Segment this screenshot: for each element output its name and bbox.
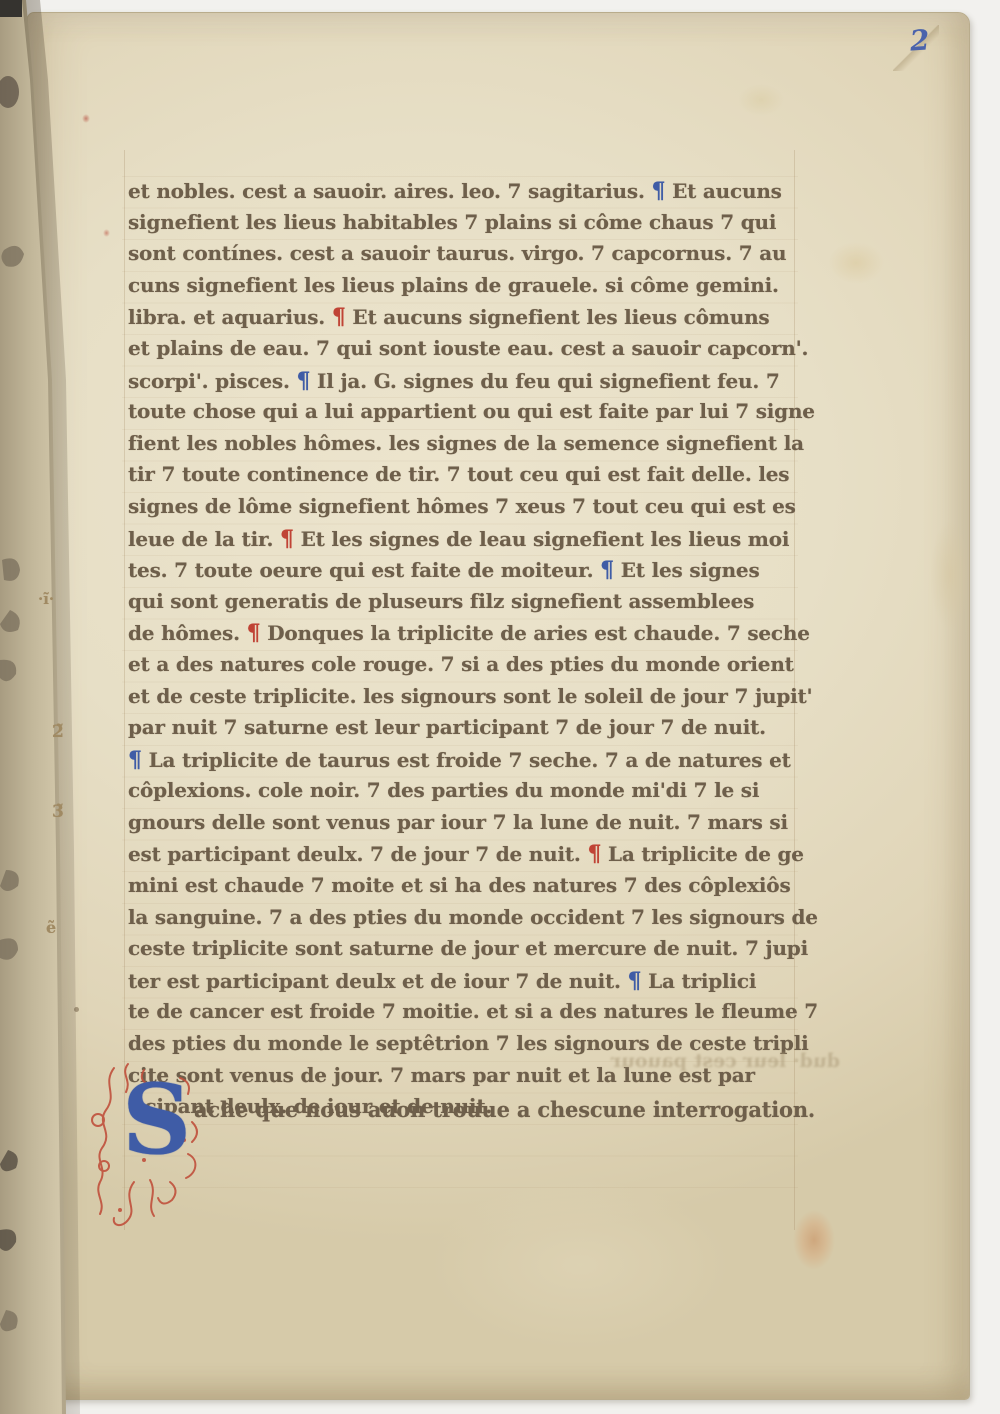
pilcrow-mark: ¶ — [332, 304, 346, 330]
margin-mark-2: 2̃ — [52, 722, 64, 742]
manuscript-line: fient les nobles hômes. les signes de la… — [128, 431, 800, 463]
line-text: et nobles. cest a sauoir. aires. leo. 7 … — [128, 179, 652, 203]
line-text: est participant deulx. 7 de jour 7 de nu… — [128, 842, 587, 866]
manuscript-line: et plains de eau. 7 qui sont iouste eau.… — [128, 336, 800, 368]
line-text: ceste triplicite sont saturne de jour et… — [128, 936, 808, 960]
manuscript-line: ¶ La triplicite de taurus est froide 7 s… — [128, 747, 800, 779]
line-text: la sanguine. 7 a des pties du monde occi… — [128, 905, 818, 929]
line-text: libra. et aquarius. — [128, 305, 332, 329]
line-text: La triplicite de taurus est froide 7 sec… — [142, 748, 791, 772]
line-text: sont contínes. cest a sauoir taurus. vir… — [128, 241, 786, 265]
incipit-line: ache que nous auon trouue a chescune int… — [194, 1097, 815, 1122]
line-text: Il ja. G. signes du feu qui signefient f… — [310, 369, 779, 393]
line-text: La triplicite de ge — [601, 842, 804, 866]
pilcrow-mark: ¶ — [128, 747, 142, 773]
line-text: signefient les lieus habitables 7 plains… — [128, 210, 776, 234]
margin-mark-3: 3̃ — [52, 802, 64, 822]
pilcrow-mark: ¶ — [652, 178, 666, 204]
text-block: et nobles. cest a sauoir. aires. leo. 7 … — [128, 178, 800, 1126]
manuscript-line: côplexions. cole noir. 7 des parties du … — [128, 778, 800, 810]
manuscript-line: sont contínes. cest a sauoir taurus. vir… — [128, 241, 800, 273]
manuscript-line: et a des natures cole rouge. 7 si a des … — [128, 652, 800, 684]
margin-mark-1: ·ĩ· — [38, 590, 54, 608]
manuscript-line: toute chose qui a lui appartient ou qui … — [128, 399, 800, 431]
line-text: tes. 7 toute oeure qui est faite de moit… — [128, 558, 600, 582]
line-text: scorpi'. pisces. — [128, 369, 296, 393]
manuscript-line: par nuit 7 saturne est leur participant … — [128, 715, 800, 747]
line-text: qui sont generatis de pluseurs filz sign… — [128, 589, 754, 613]
initial-letter: S — [122, 1072, 191, 1168]
pilcrow-mark: ¶ — [600, 557, 614, 583]
line-text: Et aucuns — [665, 179, 781, 203]
line-text: et de ceste triplicite. les signours son… — [128, 684, 812, 708]
line-text: mini est chaude 7 moite et si ha des nat… — [128, 873, 791, 897]
photo-corner-dark — [0, 0, 22, 17]
pilcrow-mark: ¶ — [280, 526, 294, 552]
line-text: fient les nobles hômes. les signes de la… — [128, 431, 804, 455]
manuscript-line: et de ceste triplicite. les signours son… — [128, 684, 800, 716]
manuscript-line: ter est participant deulx et de iour 7 d… — [128, 968, 800, 1000]
line-text: toute chose qui a lui appartient ou qui … — [128, 399, 815, 423]
manuscript-line: et nobles. cest a sauoir. aires. leo. 7 … — [128, 178, 800, 210]
line-text: Et aucuns signefient les lieus cômuns — [346, 305, 770, 329]
line-text: ter est participant deulx et de iour 7 d… — [128, 969, 628, 993]
pilcrow-mark: ¶ — [247, 620, 261, 646]
margin-mark-4: ẽ — [46, 918, 56, 937]
manuscript-line: libra. et aquarius. ¶ Et aucuns signefie… — [128, 304, 800, 336]
line-text: La triplici — [641, 969, 756, 993]
folio-number: 2 — [909, 23, 931, 57]
manuscript-line: tir 7 toute continence de tir. 7 tout ce… — [128, 462, 800, 494]
manuscript-line: mini est chaude 7 moite et si ha des nat… — [128, 873, 800, 905]
line-text: et plains de eau. 7 qui sont iouste eau.… — [128, 336, 808, 360]
manuscript-line: gnours delle sont venus par iour 7 la lu… — [128, 810, 800, 842]
line-text: leue de la tir. — [128, 527, 280, 551]
line-text: de hômes. — [128, 621, 247, 645]
manuscript-line: de hômes. ¶ Donques la triplicite de ari… — [128, 620, 800, 652]
show-through-text: dud· leur cest pauour — [588, 1050, 840, 1084]
line-text: Donques la triplicite de aries est chaud… — [260, 621, 809, 645]
manuscript-line: qui sont generatis de pluseurs filz sign… — [128, 589, 800, 621]
pilcrow-mark: ¶ — [587, 841, 601, 867]
line-text: cuns signefient les lieus plains de grau… — [128, 273, 779, 297]
manuscript-line: est participant deulx. 7 de jour 7 de nu… — [128, 841, 800, 873]
manuscript-line: leue de la tir. ¶ Et les signes de leau … — [128, 526, 800, 558]
line-text: et a des natures cole rouge. 7 si a des … — [128, 652, 794, 676]
line-text: gnours delle sont venus par iour 7 la lu… — [128, 810, 788, 834]
manuscript-line: cuns signefient les lieus plains de grau… — [128, 273, 800, 305]
manuscript-photo: 2 et nobles. cest a sauoir. aires. leo. … — [0, 0, 1000, 1414]
line-text: côplexions. cole noir. 7 des parties du … — [128, 778, 759, 802]
manuscript-line: te de cancer est froide 7 moitie. et si … — [128, 999, 800, 1031]
line-text: Et les signes — [614, 558, 760, 582]
line-text: te de cancer est froide 7 moitie. et si … — [128, 999, 818, 1023]
pilcrow-mark: ¶ — [628, 968, 642, 994]
pilcrow-mark: ¶ — [296, 368, 310, 394]
manuscript-line: scorpi'. pisces. ¶ Il ja. G. signes du f… — [128, 368, 800, 400]
line-text: signes de lôme signefient hômes 7 xeus 7… — [128, 494, 796, 518]
manuscript-line: la sanguine. 7 a des pties du monde occi… — [128, 905, 800, 937]
manuscript-line: tes. 7 toute oeure qui est faite de moit… — [128, 557, 800, 589]
line-text: tir 7 toute continence de tir. 7 tout ce… — [128, 462, 789, 486]
manuscript-line: ceste triplicite sont saturne de jour et… — [128, 936, 800, 968]
line-text: par nuit 7 saturne est leur participant … — [128, 715, 766, 739]
manuscript-line: signefient les lieus habitables 7 plains… — [128, 210, 800, 242]
line-text: Et les signes de leau signefient les lie… — [294, 527, 789, 551]
manuscript-line: signes de lôme signefient hômes 7 xeus 7… — [128, 494, 800, 526]
